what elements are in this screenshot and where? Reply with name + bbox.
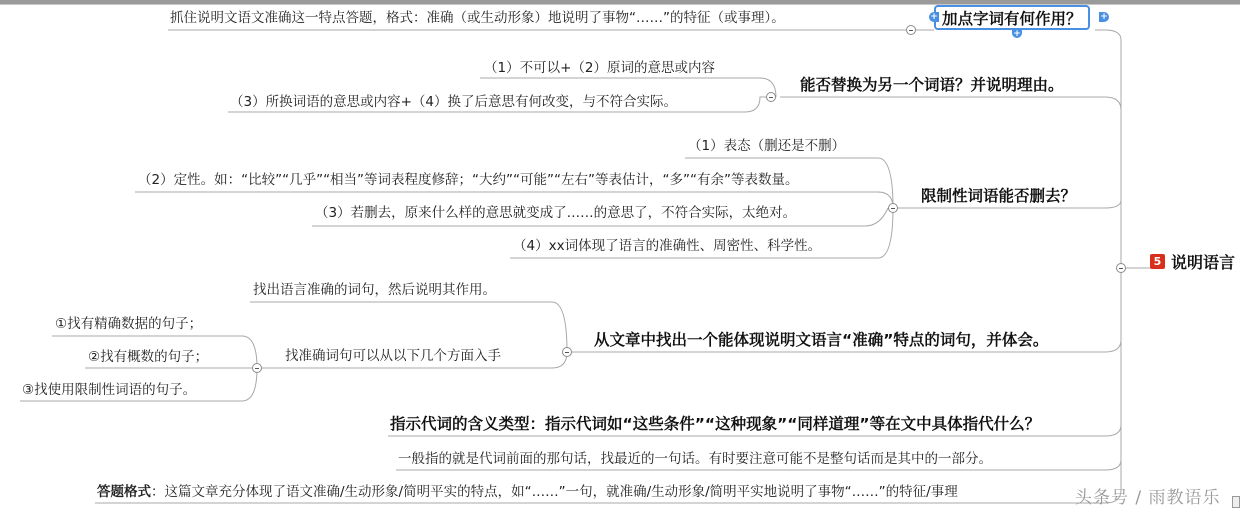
leaf-replace-1[interactable]: （1）不可以+（2）原词的意思或内容: [484, 62, 715, 76]
leaf-find-2a[interactable]: ①找有精确数据的句子；: [55, 318, 202, 332]
leaf-find-1[interactable]: 找出语言准确的词句，然后说明其作用。: [253, 284, 496, 298]
branch-topic-replace[interactable]: 能否替换为另一个词语？并说明理由。: [800, 78, 1064, 94]
leaf-find-2c[interactable]: ③找使用限制性词语的句子。: [22, 384, 196, 398]
branch-topic-find-accurate[interactable]: 从文章中找出一个能体现说明文语言“准确”特点的词句，并体会。: [594, 333, 1048, 349]
root-topic-label: 说明语言: [1171, 250, 1235, 273]
watermark: 头条号 / 雨教语乐: [1075, 483, 1221, 508]
answer-format-text: ：这篇文章充分体现了语文准确/生动形象/简明平实的特点，如“……”一句，就准确/…: [151, 484, 958, 500]
collapse-toggle-branch-1[interactable]: [906, 25, 916, 35]
leaf-find-2[interactable]: 找准确词句可以从以下几个方面入手: [285, 350, 501, 364]
collapse-toggle-branch-3[interactable]: [888, 203, 898, 213]
answer-format-label: 答题格式: [97, 484, 151, 500]
leaf-replace-2[interactable]: （3）所换词语的意思或内容+（4）换了后意思有何改变，与不符合实际。: [230, 96, 677, 110]
collapse-toggle-branch-4[interactable]: [562, 347, 572, 357]
branch-topic-delete[interactable]: 限制性词语能否删去？: [921, 189, 1076, 205]
add-right-handle-icon[interactable]: +: [1099, 12, 1109, 22]
scroll-corner: [1232, 496, 1240, 508]
add-left-handle-icon[interactable]: +: [929, 12, 939, 22]
branch-topic-answer-format[interactable]: 答题格式：这篇文章充分体现了语文准确/生动形象/简明平实的特点，如“……”一句，…: [97, 486, 958, 500]
priority-5-icon: 5: [1150, 254, 1165, 269]
leaf-answer-format-1[interactable]: 抓住说明文语文准确这一特点答题，格式：准确（或生动形象）地说明了事物“……”的特…: [170, 12, 785, 26]
branch-topic-pronoun-answer[interactable]: 一般指的就是代词前面的那句话，找最近的一句话。有时要注意可能不是整句话而是其中的…: [398, 453, 992, 467]
leaf-delete-3[interactable]: （3）若删去，原来什么样的意思就变成了……的意思了，不符合实际，太绝对。: [315, 207, 796, 221]
leaf-delete-1[interactable]: （1）表态（删还是不删）: [688, 140, 845, 154]
collapse-toggle-find-2[interactable]: [252, 363, 262, 373]
leaf-delete-4[interactable]: （4）xx词体现了语言的准确性、周密性、科学性。: [513, 240, 821, 254]
branch-topic-label: 加点字词有何作用？: [942, 7, 1082, 29]
branch-topic-function[interactable]: 加点字词有何作用？: [934, 5, 1090, 30]
collapse-toggle-branch-2[interactable]: [766, 92, 776, 102]
root-topic[interactable]: 5 说明语言: [1150, 250, 1235, 273]
branch-topic-pronoun[interactable]: 指示代词的含义类型：指示代词如“这些条件”“这种现象”“同样道理”等在文中具体指…: [390, 417, 1040, 433]
leaf-find-2b[interactable]: ②找有概数的句子；: [88, 351, 208, 365]
leaf-delete-2[interactable]: （2）定性。如：“比较”“几乎”“相当”等词表程度修辞；“大约”“可能”“左右”…: [138, 174, 799, 188]
add-child-handle-icon[interactable]: +: [1012, 30, 1022, 38]
collapse-toggle-root[interactable]: [1116, 263, 1126, 273]
